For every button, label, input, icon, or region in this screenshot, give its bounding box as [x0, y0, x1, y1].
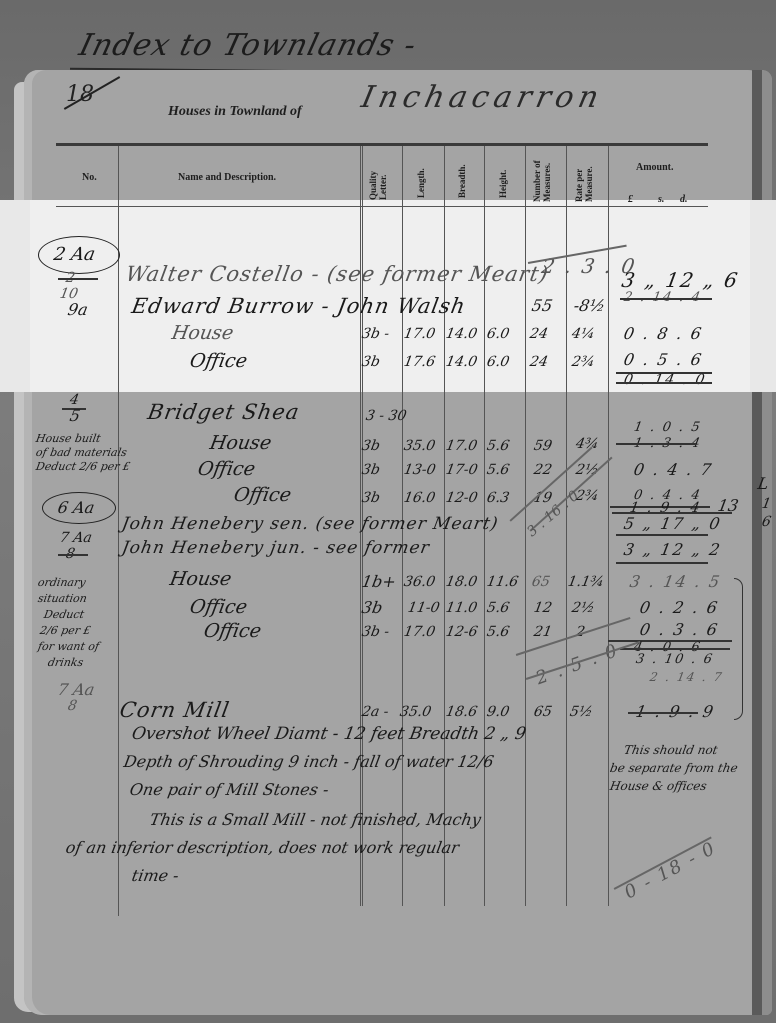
entry-name: Bridget Shea	[146, 400, 302, 424]
amount-rule	[616, 534, 708, 536]
column-header-measures: Number of Measures.	[532, 150, 552, 202]
margin-note: Deduct	[43, 608, 85, 621]
cell-breadth: 12-0	[445, 490, 479, 506]
header-top-rule	[56, 143, 708, 146]
entry-number: 7 Aa	[59, 530, 94, 546]
cell-rate: 2¾	[571, 354, 596, 370]
cell-length: 16.0	[403, 490, 437, 506]
entry-number: 7 Aa	[56, 680, 96, 699]
cell-measures: 24	[529, 326, 550, 342]
cell-breadth: 14.0	[445, 354, 479, 370]
cell-height: 5.6	[486, 438, 511, 454]
cell-height: 5.6	[486, 462, 511, 478]
column-header-rate: Rate per Measure.	[574, 150, 594, 202]
cell-length: 35.0	[403, 438, 437, 454]
cell-measures: 21	[533, 624, 554, 640]
building-label: Office	[232, 484, 293, 506]
cell-measures: 65	[533, 704, 554, 720]
column-header-name: Name and Description.	[178, 172, 276, 183]
bracket	[734, 578, 743, 720]
margin-note: of bad materials	[35, 446, 128, 459]
entry-name: Edward Burrow - John Walsh	[130, 294, 468, 318]
cell-rate: 1.1¾	[567, 574, 606, 590]
cell-height: 6.0	[486, 354, 511, 370]
margin-note: for want of	[37, 640, 100, 653]
cell-quality: 3b	[361, 490, 382, 506]
cell-rate: 4¼	[571, 326, 596, 342]
cell-rate: 2½	[571, 600, 596, 616]
column-header-length: Length.	[416, 162, 426, 198]
amount-sub-pence: d.	[680, 194, 688, 205]
cell-breadth: 17.0	[445, 438, 479, 454]
cell-quality: 3b -	[361, 624, 391, 640]
strike-line	[58, 554, 88, 556]
amount-sub-shillings: s.	[658, 194, 664, 205]
cell-rate: 5½	[569, 704, 594, 720]
entry-rate: -8½	[572, 296, 606, 315]
cell-quality: 3b -	[361, 326, 391, 342]
cell-length: 35.0	[399, 704, 433, 720]
column-header-quality: Quality Letter.	[368, 150, 388, 200]
strike-line	[616, 382, 712, 384]
subtotal-struck: 0 . 14 . 0	[623, 372, 708, 388]
cell-amount: 3 . 14 . 5	[628, 572, 723, 591]
building-label: House	[170, 322, 235, 344]
cell-length: 36.0	[403, 574, 437, 590]
strike-line	[620, 648, 730, 650]
cell-measures: 59	[533, 438, 554, 454]
cell-height: 6.3	[486, 490, 511, 506]
page-heading: Houses in Townland of	[168, 104, 302, 120]
building-label: Office	[188, 596, 249, 618]
entry-amount: 3 „ 12 „ 6	[620, 268, 741, 292]
mill-detail: of an inferior description, does not wor…	[64, 838, 460, 857]
cell-quality: 3b	[361, 438, 382, 454]
margin-note: This should not	[623, 744, 719, 757]
cell-quality: 3b	[361, 354, 382, 370]
cell-breadth: 11.0	[445, 600, 479, 616]
cell-measures: 65	[531, 574, 552, 590]
cell-quality: 3 - 30	[365, 408, 408, 424]
cell-measures: 24	[529, 354, 550, 370]
cell-height: 9.0	[486, 704, 511, 720]
entry-number: 2 Aa	[52, 244, 97, 265]
cell-length: 11-0	[407, 600, 441, 616]
cell-length: 17.6	[403, 354, 437, 370]
townland-name: Inchacarron	[358, 80, 606, 115]
mill-detail: Depth of Shrouding 9 inch - fall of wate…	[122, 752, 495, 771]
cell-height: 6.0	[486, 326, 511, 342]
building-label: House	[168, 568, 233, 590]
strike-line	[620, 298, 712, 300]
margin-note: House & offices	[609, 780, 708, 793]
entry-amount: 5 „ 17 „ 0	[622, 514, 723, 533]
building-label: Office	[188, 350, 249, 372]
cell-amount: 0 . 4 . 7	[632, 460, 714, 479]
cell-quality: 3b	[361, 462, 382, 478]
mill-detail: time -	[130, 866, 180, 885]
cell-length: 17.0	[403, 624, 437, 640]
column-header-breadth: Breadth.	[457, 160, 467, 198]
strike-line	[628, 712, 698, 714]
margin-note: situation	[37, 592, 88, 605]
cell-amount: 0 . 3 . 6	[638, 620, 720, 639]
cell-amount: 0 . 5 . 6	[622, 350, 704, 369]
mill-detail: Overshot Wheel Diamt - 12 feet Breadth 2…	[130, 724, 527, 744]
amount-sub-pounds: £	[628, 194, 633, 205]
entry-name: John Henebery jun. - see former	[120, 538, 431, 558]
margin-note: Deduct 2/6 per £	[35, 460, 131, 473]
column-divider	[118, 146, 119, 916]
margin-note: House built	[35, 432, 102, 445]
cell-quality: 3b	[360, 598, 384, 617]
entry-amount: 3 „ 12 „ 2	[622, 540, 723, 559]
header-bottom-rule	[56, 206, 708, 207]
cell-amount-above: 1 . 0 . 5	[633, 420, 703, 435]
cell-breadth: 18.0	[445, 574, 479, 590]
cell-height: 5.6	[486, 624, 511, 640]
cell-length: 13-0	[403, 462, 437, 478]
margin-note: 2/6 per £	[39, 624, 92, 637]
cell-height: 5.6	[486, 600, 511, 616]
cell-quality: 1b+	[360, 572, 397, 591]
cell-amount: 0 . 8 . 6	[622, 324, 704, 343]
mill-detail: This is a Small Mill - not finished, Mac…	[148, 810, 482, 829]
strike-line	[58, 278, 98, 280]
column-header-no: No.	[82, 172, 97, 183]
cell-quality: 2a -	[361, 704, 390, 720]
entry-measures: 55	[530, 296, 554, 315]
entry-name: John Henebery sen. (see former Meart)	[120, 514, 500, 534]
cell-breadth: 14.0	[445, 326, 479, 342]
cell-breadth: 12-6	[445, 624, 479, 640]
mill-detail: One pair of Mill Stones -	[128, 780, 330, 799]
amount-rule	[616, 562, 708, 564]
building-label: House	[208, 432, 273, 454]
cell-breadth: 18.6	[445, 704, 479, 720]
faint-total: 2 . 14 . 7	[649, 670, 725, 684]
cell-length: 17.0	[403, 326, 437, 342]
cell-breadth: 17-0	[445, 462, 479, 478]
entry-name: Corn Mill	[118, 698, 232, 722]
cell-height: 11.6	[486, 574, 520, 590]
strike-line	[616, 443, 696, 445]
subtotal: 3 . 10 . 6	[635, 652, 716, 667]
entry-number: 6 Aa	[56, 498, 96, 517]
column-header-amount: Amount.	[636, 162, 674, 173]
margin-note: be separate from the	[609, 762, 739, 775]
entry-name: Walter Costello - (see former Meart)	[124, 262, 551, 286]
margin-note: ordinary	[37, 576, 87, 589]
cell-measures: 12	[533, 600, 554, 616]
cell-measures: 22	[533, 462, 554, 478]
entry-number: 9a	[66, 300, 89, 319]
cell-amount: 0 . 2 . 6	[638, 598, 720, 617]
column-header-height: Height.	[498, 162, 508, 198]
cover-title: Index to Townlands -	[76, 28, 421, 63]
building-label: Office	[202, 620, 263, 642]
building-label: Office	[196, 458, 257, 480]
margin-note: drinks	[47, 656, 85, 669]
